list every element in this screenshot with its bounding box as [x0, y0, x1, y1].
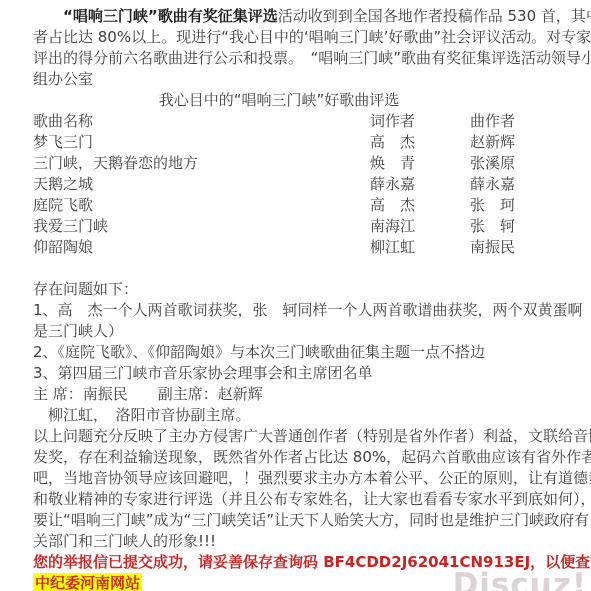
lyricist: 柳江虹: [370, 237, 470, 258]
blank-line: [33, 258, 585, 279]
intro-line: 者占比达 80%以上。现进行“我心目中的‘唱响三门峡’好歌曲”社会评议活动。对专…: [33, 27, 585, 48]
table-row: 梦飞三门 高 杰 赵新辉: [33, 132, 585, 153]
composer: 薛永嘉: [470, 174, 585, 195]
song-name: 仰韶陶娘: [33, 237, 370, 258]
appeal-line: 吧，当地音协领导应该回避吧，！强烈要求主办方本着公平、公正的原则，让有道德素养: [33, 468, 585, 489]
appeal-line: 以上问题充分反映了主办方侵害广大普通创作者（特别是省外作者）利益，文联给音协领导: [33, 426, 585, 447]
song-name: 庭院飞歌: [33, 195, 370, 216]
header-composer: 曲作者: [470, 111, 585, 132]
intro-text: 活动收到到全国各地作者投稿作品 530 首，其中省外作: [278, 7, 591, 25]
lyricist: 高 杰: [370, 195, 470, 216]
intro-line: 组办公室: [33, 69, 585, 90]
appeal-line: 发奖，存在利益输送现象，既然省外作者占比达 80%，起码六首歌曲应该有省外作者四…: [33, 447, 585, 468]
problem-line: 主 席：南振民 副主席：赵新辉: [33, 384, 585, 405]
composer: 张溪原: [470, 153, 585, 174]
table-row: 三门峡，天鹅眷恋的地方 焕 青 张溪原: [33, 153, 585, 174]
header-song-name: 歌曲名称: [33, 111, 370, 132]
lyricist: 高 杰: [370, 132, 470, 153]
lyricist: 南海江: [370, 216, 470, 237]
composer: 南振民: [470, 237, 585, 258]
header-lyricist: 词作者: [370, 111, 470, 132]
forum-post-document: “唱响三门峡”歌曲有奖征集评选活动收到到全国各地作者投稿作品 530 首，其中省…: [0, 0, 591, 591]
song-name: 梦飞三门: [33, 132, 370, 153]
song-list-title: 我心目中的“唱响三门峡”好歌曲评选: [33, 90, 585, 111]
problem-line: 1、高 杰一个人两首歌词获奖，张 轲同样一个人两首歌谱曲获奖，两个双黄蛋啊（全部: [33, 300, 585, 321]
song-name: 三门峡，天鹅眷恋的地方: [33, 153, 370, 174]
lyricist: 焕 青: [370, 153, 470, 174]
appeal-line: 和敬业精神的专家进行评选（并且公布专家姓名，让大家也看看专家水平到底如何），不: [33, 489, 585, 510]
appeal-line: 关部门和三门峡人的形象!!!: [33, 531, 585, 552]
table-row: 天鹅之城 薛永嘉 薛永嘉: [33, 174, 585, 195]
problem-line: 2、《庭院飞歌》、《仰韶陶娘》与本次三门峡歌曲征集主题一点不搭边: [33, 342, 585, 363]
song-name: 天鹅之城: [33, 174, 370, 195]
table-row: 仰韶陶娘 柳江虹 南振民: [33, 237, 585, 258]
problem-line: 是三门峡人）: [33, 321, 585, 342]
intro-bold-lead: “唱响三门峡”歌曲有奖征集评选: [33, 7, 278, 25]
report-prefix: 您的举报信已提交成功，请妥善保存查询码: [33, 553, 323, 571]
composer: 张 珂: [470, 195, 585, 216]
intro-line: 评出的得分前六名歌曲进行公示和投票。 “唱响三门峡”歌曲有奖征集评选活动领导小: [33, 48, 585, 69]
composer: 张 轲: [470, 216, 585, 237]
problem-line: 3、第四届三门峡市音乐家协会理事会和主席团名单: [33, 363, 585, 384]
song-name: 我爱三门峡: [33, 216, 370, 237]
song-table-header: 歌曲名称 词作者 曲作者: [33, 111, 585, 132]
problem-line: 柳江虹， 洛阳市音协副主席。: [33, 405, 585, 426]
table-row: 我爱三门峡 南海江 张 轲: [33, 216, 585, 237]
table-row: 庭院飞歌 高 杰 张 珂: [33, 195, 585, 216]
lyricist: 薛永嘉: [370, 174, 470, 195]
intro-line: “唱响三门峡”歌曲有奖征集评选活动收到到全国各地作者投稿作品 530 首，其中省…: [33, 6, 585, 27]
discuz-watermark: Discuz!: [453, 575, 587, 591]
problems-heading: 存在问题如下：: [33, 279, 585, 300]
composer: 赵新辉: [470, 132, 585, 153]
site-name-highlight: 中纪委河南网站: [33, 573, 142, 591]
appeal-line: 要让“唱响三门峡”成为“三门峡笑话”让天下人贻笑大方，同时也是维护三门峡政府有: [33, 510, 585, 531]
